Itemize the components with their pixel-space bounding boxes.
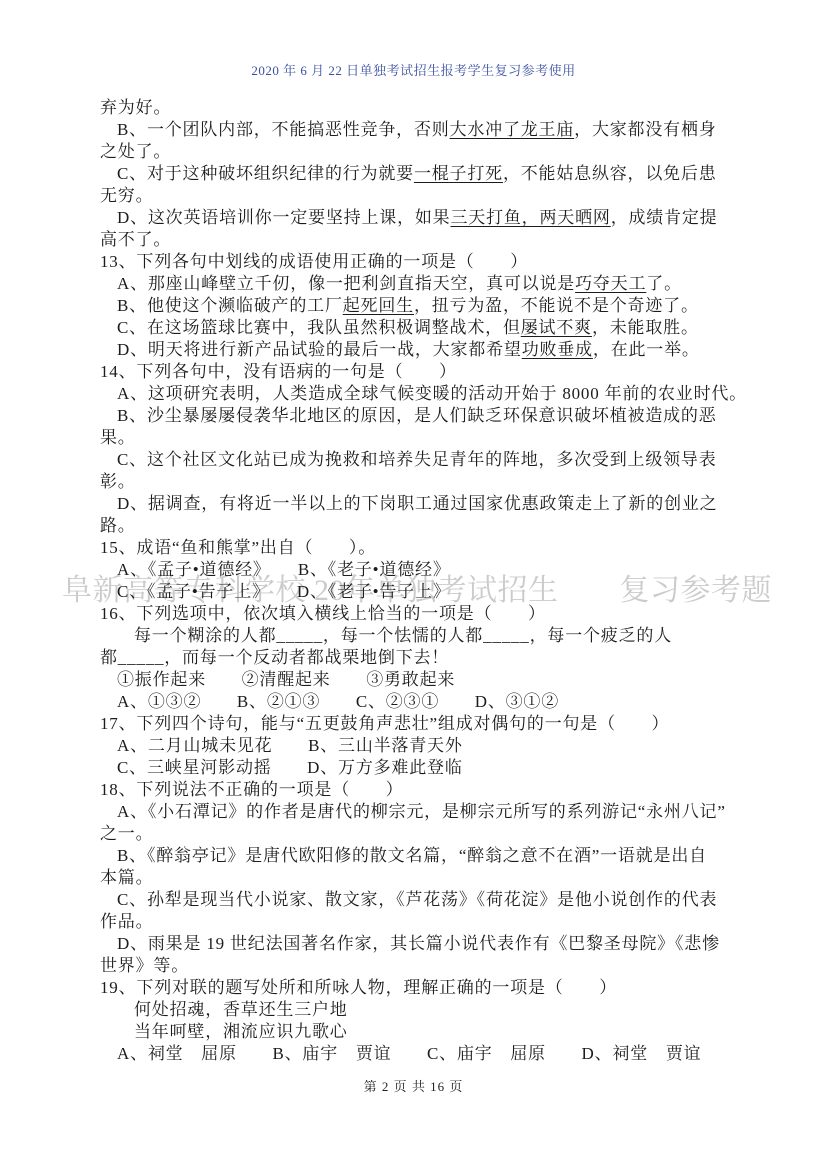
underlined-phrase: 起死回生 <box>343 296 414 315</box>
underlined-phrase: 大水冲了龙王庙 <box>450 120 575 139</box>
text-line: 弃为好。 <box>100 97 740 119</box>
text-segment: C、三峡星河影动摇 D、万方多难此登临 <box>117 758 463 777</box>
text-line: 13、下列各句中划线的成语使用正确的一项是（ ） <box>100 251 740 273</box>
text-segment: 路。 <box>100 516 136 535</box>
text-line: 之处了。 <box>100 141 740 163</box>
text-line: B、《醉翁亭记》是唐代欧阳修的散文名篇，“醉翁之意不在酒”一语就是出自 <box>100 845 740 867</box>
text-line: 世界》等。 <box>100 955 740 977</box>
text-segment: 都_____，而每一个反动者都战栗地倒下去！ <box>100 648 449 667</box>
text-line: 18、下列说法不正确的一项是（ ） <box>100 779 740 801</box>
text-segment: 14、下列各句中，没有语病的一句是（ ） <box>100 362 457 381</box>
underlined-phrase: 一棍子打死 <box>414 164 503 183</box>
text-segment: 之一。 <box>100 824 153 843</box>
text-segment: 18、下列说法不正确的一项是（ ） <box>100 780 403 799</box>
underlined-phrase: 屡试不爽 <box>521 318 592 337</box>
text-line: 之一。 <box>100 823 740 845</box>
text-segment: C、对于这种破坏组织纪律的行为就要 <box>117 164 414 183</box>
text-line: 彰。 <box>100 471 740 493</box>
text-segment: 16、下列选项中，依次填入横线上恰当的一项是（ ） <box>100 604 546 623</box>
text-segment: 高不了。 <box>100 230 171 249</box>
text-segment: 无穷。 <box>100 186 153 205</box>
text-line: A、二月山城未见花 B、三山半落青天外 <box>100 735 740 757</box>
text-line: C、在这场篮球比赛中，我队虽然积极调整战术，但屡试不爽，未能取胜。 <box>100 317 740 339</box>
text-line: 无穷。 <box>100 185 740 207</box>
document-body: 弃为好。B、一个团队内部，不能搞恶性竞争，否则大水冲了龙王庙，大家都没有栖身之处… <box>100 97 740 1065</box>
text-segment: 19、下列对联的题写处所和所咏人物，理解正确的一项是（ ） <box>100 978 617 997</box>
text-segment: 每一个糊涂的人都_____，每一个怯懦的人都_____，每一个疲乏的人 <box>134 626 672 645</box>
text-segment: D、据调查，有将近一半以上的下岗职工通过国家优惠政策走上了新的创业之 <box>117 494 717 513</box>
text-line: A、祠堂 屈原 B、庙宇 贾谊 C、庙宇 屈原 D、祠堂 贾谊 <box>100 1043 740 1065</box>
text-segment: 本篇。 <box>100 868 153 887</box>
text-line: 19、下列对联的题写处所和所咏人物，理解正确的一项是（ ） <box>100 977 740 999</box>
text-segment: B、沙尘暴屡屡侵袭华北地区的原因，是人们缺乏环保意识破坏植被造成的恶 <box>117 406 717 425</box>
text-line: A、《孟子•道德经》 B、《老子•道德经》 <box>100 559 740 581</box>
text-segment: 果。 <box>100 428 136 447</box>
text-line: A、①③② B、②①③ C、②③① D、③①② <box>100 691 740 713</box>
text-segment: ，扭亏为盈，不能说不是个奇迹了。 <box>414 296 699 315</box>
text-line: B、沙尘暴屡屡侵袭华北地区的原因，是人们缺乏环保意识破坏植被造成的恶 <box>100 405 740 427</box>
text-segment: ，不能姑息纵容，以免后患 <box>503 164 717 183</box>
text-segment: A、①③② B、②①③ C、②③① D、③①② <box>117 692 559 711</box>
text-segment: C、这个社区文化站已成为挽救和培养失足青年的阵地，多次受到上级领导表 <box>117 450 717 469</box>
text-segment: A、《孟子•道德经》 B、《老子•道德经》 <box>117 560 451 579</box>
text-segment: 世界》等。 <box>100 956 189 975</box>
text-line: 16、下列选项中，依次填入横线上恰当的一项是（ ） <box>100 603 740 625</box>
text-segment: 彰。 <box>100 472 136 491</box>
text-line: A、《小石潭记》的作者是唐代的柳宗元，是柳宗元所写的系列游记“永州八记” <box>100 801 740 823</box>
text-line: C、对于这种破坏组织纪律的行为就要一棍子打死，不能姑息纵容，以免后患 <box>100 163 740 185</box>
text-segment: 作品。 <box>100 912 153 931</box>
text-line: 何处招魂，香草还生三户地 <box>100 999 740 1021</box>
text-segment: C、《孟子•告子上》 D、《老子•告子上》 <box>117 582 451 601</box>
text-segment: 当年呵壁，湘流应识九歌心 <box>134 1022 348 1041</box>
text-segment: A、祠堂 屈原 B、庙宇 贾谊 C、庙宇 屈原 D、祠堂 贾谊 <box>117 1044 701 1063</box>
page-number: 第 2 页 共 16 页 <box>0 1076 827 1095</box>
text-segment: C、在这场篮球比赛中，我队虽然积极调整战术，但 <box>117 318 521 337</box>
text-segment: ，在此一举。 <box>593 340 700 359</box>
text-line: A、那座山峰壁立千仞，像一把利剑直指天空，真可以说是巧夺天工了。 <box>100 273 740 295</box>
text-line: 本篇。 <box>100 867 740 889</box>
text-line: C、三峡星河影动摇 D、万方多难此登临 <box>100 757 740 779</box>
text-line: D、据调查，有将近一半以上的下岗职工通过国家优惠政策走上了新的创业之 <box>100 493 740 515</box>
text-line: 每一个糊涂的人都_____，每一个怯懦的人都_____，每一个疲乏的人 <box>100 625 740 647</box>
text-segment: A、这项研究表明，人类造成全球气候变暖的活动开始于 8000 年前的农业时代。 <box>117 384 747 403</box>
text-segment: 13、下列各句中划线的成语使用正确的一项是（ ） <box>100 252 528 271</box>
text-segment: A、《小石潭记》的作者是唐代的柳宗元，是柳宗元所写的系列游记“永州八记” <box>117 802 726 821</box>
text-line: 高不了。 <box>100 229 740 251</box>
text-line: 路。 <box>100 515 740 537</box>
text-segment: ，成绩肯定提 <box>611 208 718 227</box>
text-segment: 15、成语“鱼和熊掌”出自（ ）。 <box>100 538 376 557</box>
text-line: C、《孟子•告子上》 D、《老子•告子上》 <box>100 581 740 603</box>
text-line: 14、下列各句中，没有语病的一句是（ ） <box>100 361 740 383</box>
text-segment: ①振作起来 ②清醒起来 ③勇敢起来 <box>117 670 455 689</box>
text-line: C、孙犁是现当代小说家、散文家，《芦花荡》《荷花淀》是他小说创作的代表 <box>100 889 740 911</box>
underlined-phrase: 巧夺天工 <box>575 274 646 293</box>
text-segment: D、这次英语培训你一定要坚持上课，如果 <box>117 208 450 227</box>
text-segment: C、孙犁是现当代小说家、散文家，《芦花荡》《荷花淀》是他小说创作的代表 <box>117 890 717 909</box>
text-line: A、这项研究表明，人类造成全球气候变暖的活动开始于 8000 年前的农业时代。 <box>100 383 740 405</box>
text-segment: B、一个团队内部，不能搞恶性竞争，否则 <box>117 120 450 139</box>
text-line: 果。 <box>100 427 740 449</box>
text-line: 17、下列四个诗句，能与“五更鼓角声悲壮”组成对偶句的一句是（ ） <box>100 713 740 735</box>
text-segment: A、那座山峰壁立千仞，像一把利剑直指天空，真可以说是 <box>117 274 575 293</box>
text-segment: B、《醉翁亭记》是唐代欧阳修的散文名篇，“醉翁之意不在酒”一语就是出自 <box>117 846 707 865</box>
text-line: D、雨果是 19 世纪法国著名作家，其长篇小说代表作有《巴黎圣母院》《悲惨 <box>100 933 740 955</box>
document-header: 2020 年 6 月 22 日单独考试招生报考学生复习参考使用 <box>0 60 827 79</box>
text-line: D、明天将进行新产品试验的最后一战，大家都希望功败垂成，在此一举。 <box>100 339 740 361</box>
text-line: B、他使这个濒临破产的工厂起死回生，扭亏为盈，不能说不是个奇迹了。 <box>100 295 740 317</box>
text-segment: 了。 <box>646 274 682 293</box>
text-segment: 何处招魂，香草还生三户地 <box>134 1000 348 1019</box>
text-segment: B、他使这个濒临破产的工厂 <box>117 296 343 315</box>
text-segment: ，未能取胜。 <box>592 318 699 337</box>
text-segment: 之处了。 <box>100 142 171 161</box>
text-segment: D、明天将进行新产品试验的最后一战，大家都希望 <box>117 340 522 359</box>
text-line: 当年呵壁，湘流应识九歌心 <box>100 1021 740 1043</box>
text-line: C、这个社区文化站已成为挽救和培养失足青年的阵地，多次受到上级领导表 <box>100 449 740 471</box>
text-line: ①振作起来 ②清醒起来 ③勇敢起来 <box>100 669 740 691</box>
text-segment: 弃为好。 <box>100 98 171 117</box>
underlined-phrase: 功败垂成 <box>522 340 593 359</box>
text-line: B、一个团队内部，不能搞恶性竞争，否则大水冲了龙王庙，大家都没有栖身 <box>100 119 740 141</box>
text-segment: 17、下列四个诗句，能与“五更鼓角声悲壮”组成对偶句的一句是（ ） <box>100 714 669 733</box>
underlined-phrase: 三天打鱼，两天晒网 <box>450 208 610 227</box>
text-line: D、这次英语培训你一定要坚持上课，如果三天打鱼，两天晒网，成绩肯定提 <box>100 207 740 229</box>
text-line: 作品。 <box>100 911 740 933</box>
text-line: 都_____，而每一个反动者都战栗地倒下去！ <box>100 647 740 669</box>
text-segment: D、雨果是 19 世纪法国著名作家，其长篇小说代表作有《巴黎圣母院》《悲惨 <box>117 934 720 953</box>
text-segment: ，大家都没有栖身 <box>574 120 716 139</box>
text-segment: A、二月山城未见花 B、三山半落青天外 <box>117 736 463 755</box>
text-line: 15、成语“鱼和熊掌”出自（ ）。 <box>100 537 740 559</box>
document-page: 2020 年 6 月 22 日单独考试招生报考学生复习参考使用 阜新高等专科学校… <box>0 0 827 1169</box>
